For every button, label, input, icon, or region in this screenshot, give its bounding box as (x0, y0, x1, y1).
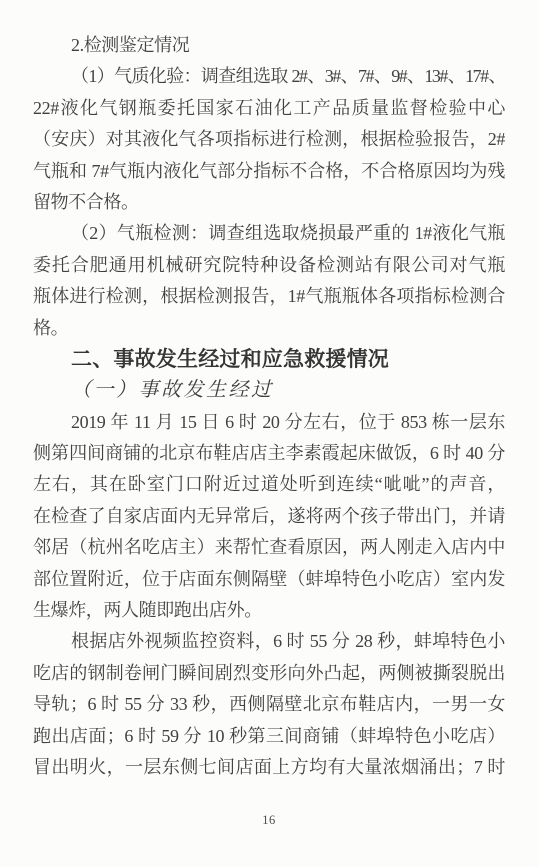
text-block: 2.检测鉴定情况（1）气质化验：调查组选取 2#、3#、7#、9#、13#、17… (33, 30, 505, 783)
document-page: 2.检测鉴定情况（1）气质化验：调查组选取 2#、3#、7#、9#、13#、17… (0, 0, 538, 867)
text-line: 部位置附近，位于店面东侧隔壁（蚌埠特色小吃店）室内发 (33, 564, 505, 595)
text-line: 在检查了自家店面内无异常后，遂将两个孩子带出门，并请 (33, 501, 505, 532)
text-line: 2.检测鉴定情况 (33, 30, 505, 61)
text-line: 2019 年 11 月 15 日 6 时 20 分左右，位于 853 栋一层东 (33, 407, 505, 438)
text-line: 22#液化气钢瓶委托国家石油化工产品质量监督检验中心 (33, 93, 505, 124)
text-line: 根据店外视频监控资料，6 时 55 分 28 秒，蚌埠特色小 (33, 626, 505, 657)
text-line: （2）气瓶检测：调查组选取烧损最严重的 1#液化气瓶 (33, 218, 505, 249)
text-line: 格。 (33, 313, 505, 344)
text-line: 瓶体进行检测，根据检测报告，1#气瓶瓶体各项指标检测合 (33, 281, 505, 312)
section-heading-line: 二、事故发生经过和应急救援情况 (33, 344, 505, 375)
text-line: （安庆）对其液化气各项指标进行检测，根据检验报告，2# (33, 124, 505, 155)
text-line: 导轨；6 时 55 分 33 秒，西侧隔壁北京布鞋店内，一男一女 (33, 689, 505, 720)
page-number: 16 (0, 813, 538, 828)
text-line: 生爆炸，两人随即跑出店外。 (33, 595, 505, 626)
text-line: 冒出明火，一层东侧七间店面上方均有大量浓烟涌出；7 时 (33, 752, 505, 783)
text-line: 邻居（杭州名吃店主）来帮忙查看原因，两人刚走入店内中 (33, 532, 505, 563)
text-line: 留物不合格。 (33, 187, 505, 218)
subsection-heading-line: （一）事故发生经过 (33, 375, 505, 406)
text-line: 侧第四间商铺的北京布鞋店店主李素霞起床做饭，6 时 40 分 (33, 438, 505, 469)
text-line: （1）气质化验：调查组选取 2#、3#、7#、9#、13#、17#、 (33, 61, 505, 92)
text-line: 跑出店面；6 时 59 分 10 秒第三间商铺（蚌埠特色小吃店） (33, 721, 505, 752)
text-line: 气瓶和 7#气瓶内液化气部分指标不合格，不合格原因均为残 (33, 156, 505, 187)
text-line: 左右，其在卧室门口附近过道处听到连续“呲呲”的声音， (33, 469, 505, 500)
text-line: 吃店的钢制卷闸门瞬间剧烈变形向外凸起，两侧被撕裂脱出 (33, 658, 505, 689)
text-line: 委托合肥通用机械研究院特种设备检测站有限公司对气瓶 (33, 250, 505, 281)
